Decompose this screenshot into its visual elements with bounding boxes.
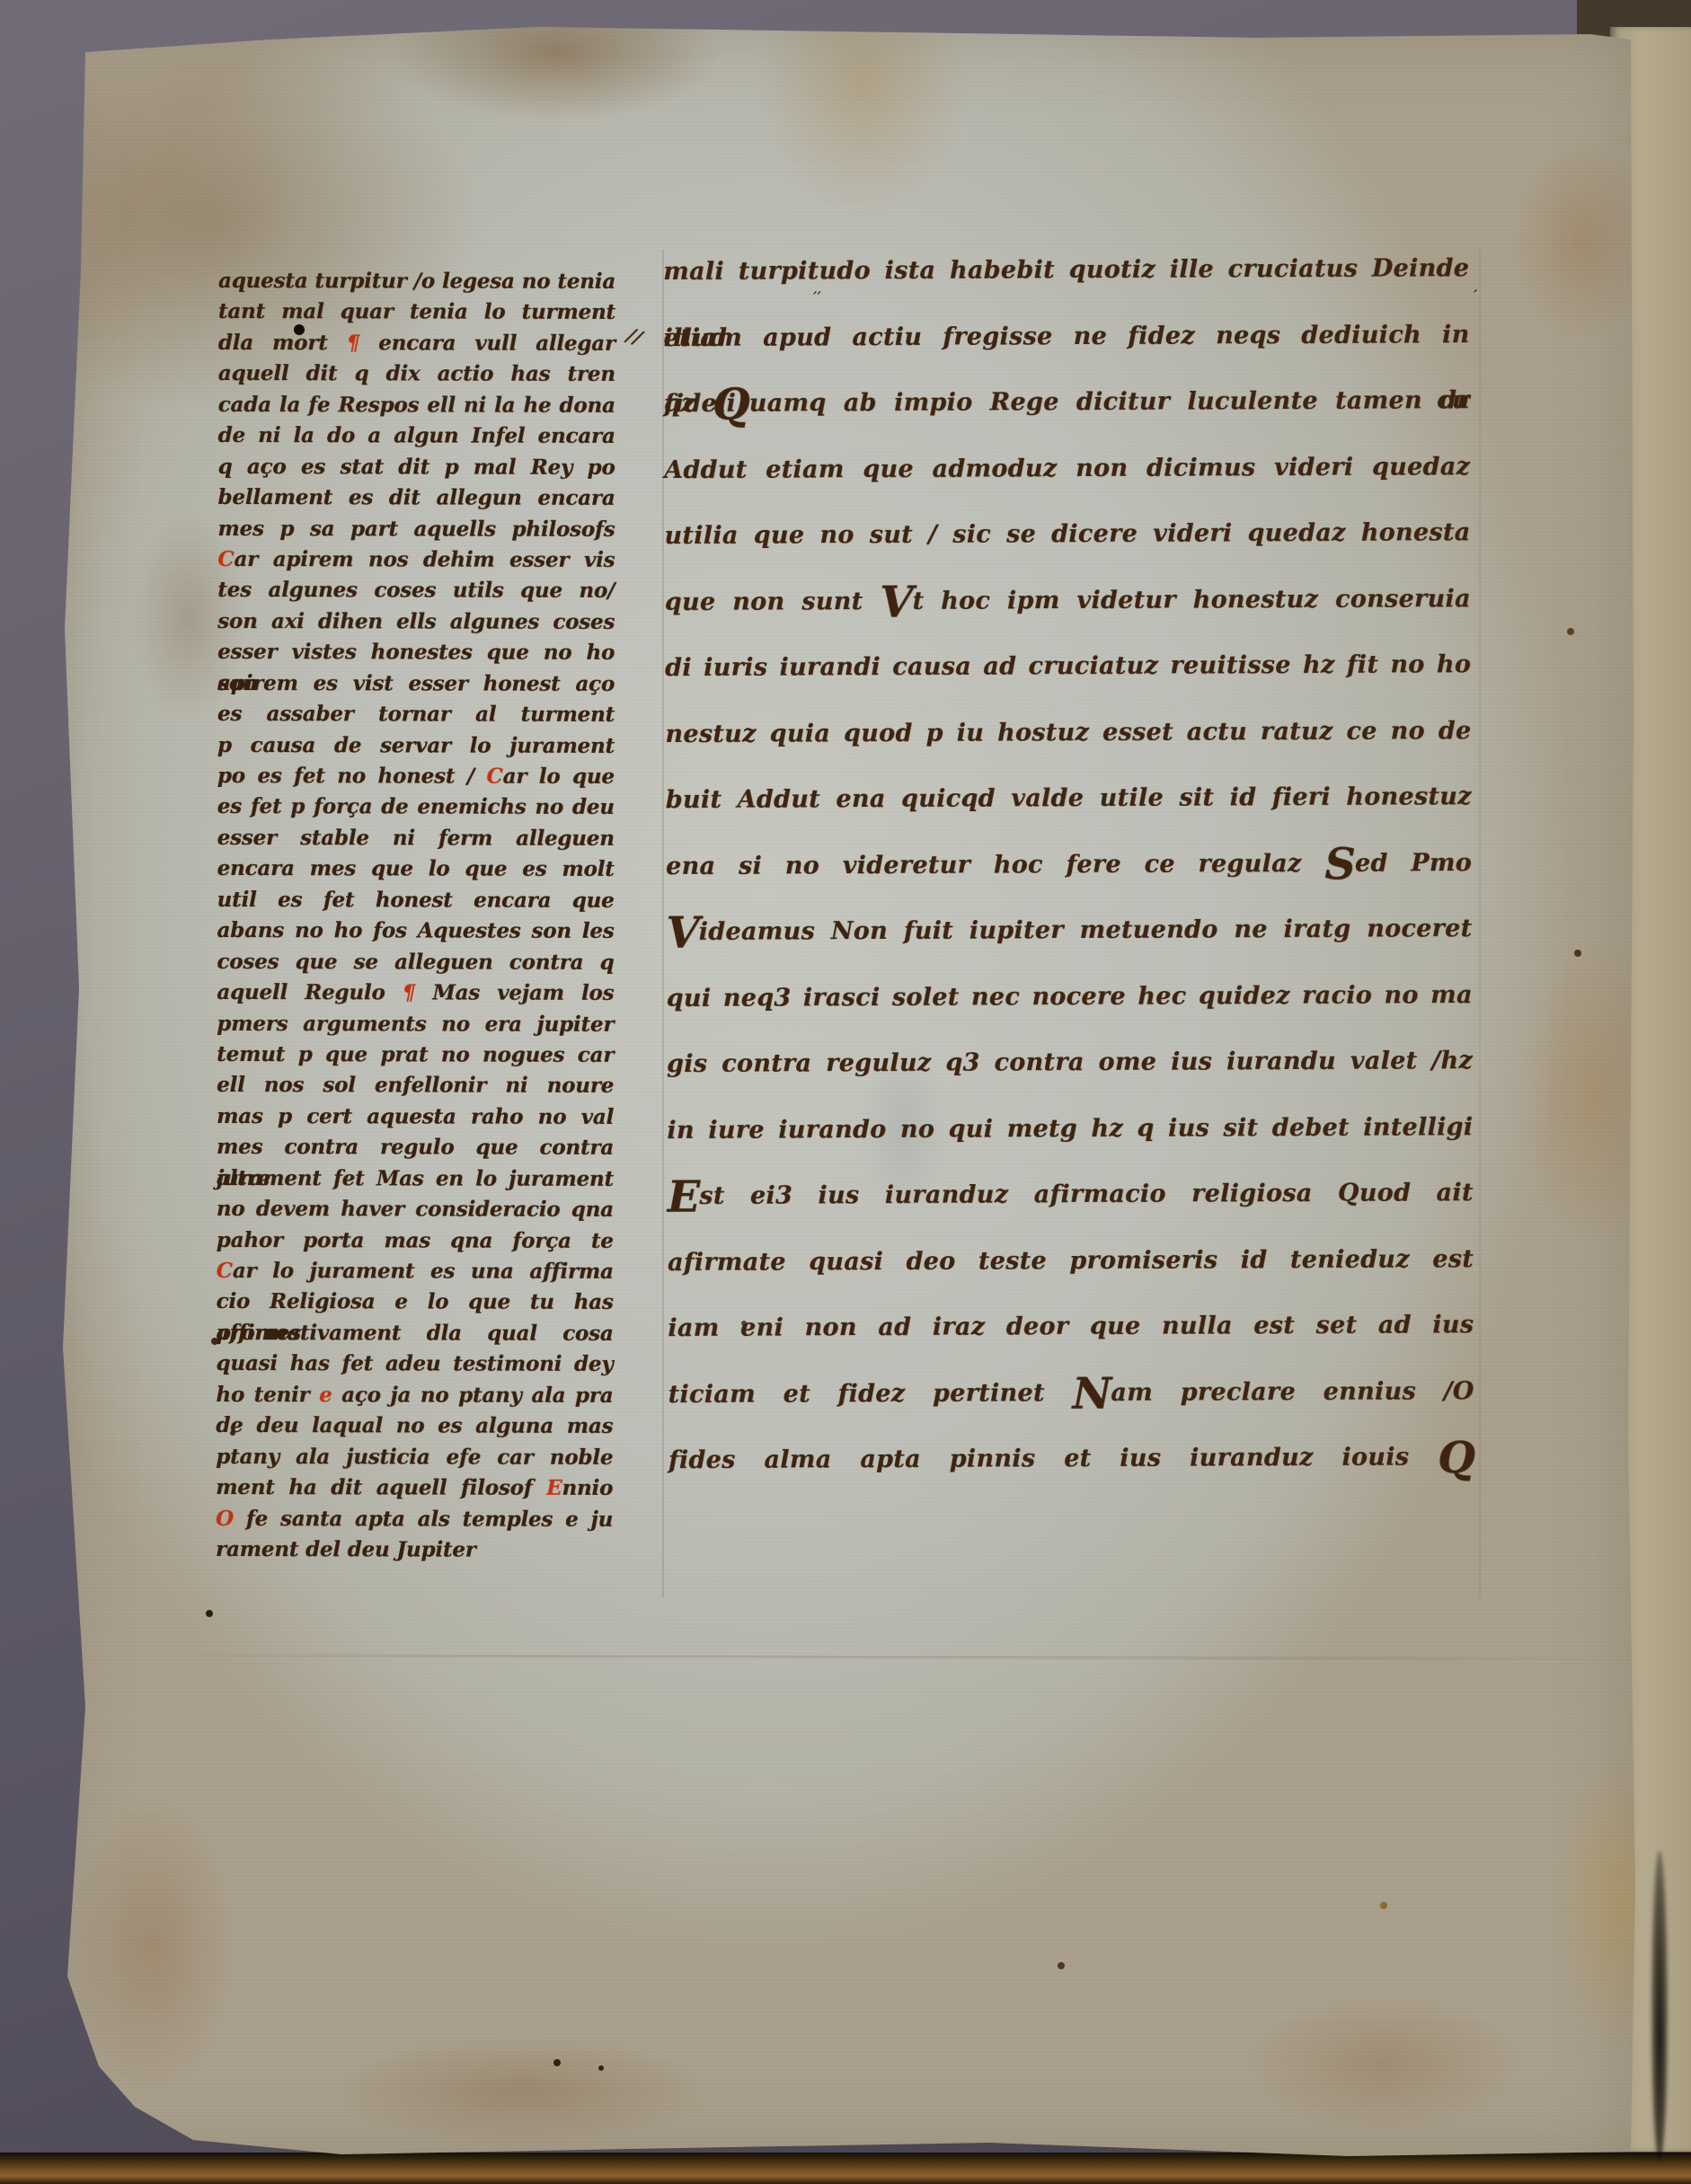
text-segment: di iuris iurandi causa ad cruciatuz reui… [665,650,1471,682]
text-segment: qz [664,390,713,418]
text-segment: gis contra reguluz q3 contra ome ius iur… [667,1047,1473,1078]
text-segment: encara vull allegar [359,331,615,356]
manuscript-line: ho tenir e aço ja no ptany ala pra [216,1380,613,1411]
manuscript-line: Est ei3 ius iuranduz afirmacio religiosa… [667,1160,1473,1229]
manuscript-line: aquesta turpitur /o legesa no tenia [218,266,615,297]
rubric-mark: C [486,765,502,789]
rubric-mark: E [546,1476,562,1500]
manuscript-line: tes algunes coses utils que no/ [217,575,615,606]
manuscript-line: p causa de servar lo jurament [217,730,615,762]
horizontal-crease [126,1654,1653,1660]
large-initial: S [1324,839,1355,889]
text-segment: ar lo jurament es una affirma [233,1259,614,1284]
manuscript-line: q aço es stat dit p mal Rey po [217,452,615,483]
manuscript-photo: aquesta turpitur /o legesa no teniatant … [0,0,1691,2184]
text-segment: p causa de servar lo jurament [217,733,615,758]
caret-mark-icon: ′ [1474,287,1477,305]
large-initial: Q [713,379,749,429]
manuscript-line: cio Religiosa e lo que tu has promes [217,1287,614,1318]
text-segment: ment ha dit aquell filosof [216,1475,546,1500]
manuscript-line: aquell dit q dix actio has tren [218,358,615,390]
text-segment: nnio [562,1476,613,1500]
text-segment: mas p cert aquesta raho no val [217,1104,614,1129]
text-segment: aço ja no ptany ala pra [332,1383,613,1408]
text-segment: abans no ho fos Aquestes son les [217,918,614,943]
text-segment: Mas vejam los [415,981,614,1005]
text-segment: po es fet no honest / [217,764,487,789]
manuscript-line: esser stable ni ferm alleguen [217,823,615,854]
manuscript-line: cada la fe Respos ell ni la he dona [218,390,615,421]
text-segment: ar lo que [503,765,615,789]
rubric-mark: O [216,1506,234,1530]
text-segment: dla mort [218,331,347,355]
text-segment: pmers arguments no era jupiter [217,1011,614,1036]
text-segment: st ei3 ius iuranduz afirmacio religiosa … [699,1179,1474,1210]
manuscript-line: que non sunt Vt hoc ipm videtur honestuz… [665,566,1471,635]
text-segment: tant mal quar tenia lo turment [218,299,615,324]
manuscript-line: iam eni non ad iraz deor que nulla est s… [668,1292,1474,1361]
text-segment: t hoc ipm videtur honestuz conseruia [912,585,1470,615]
text-segment: afirmate quasi deo teste promiseris id t… [668,1245,1474,1277]
text-segment: aquell Regulo [217,980,402,1004]
rubric-mark: ¶ [347,331,359,355]
text-segment: jurament fet Mas en lo jurament [217,1166,614,1191]
manuscript-line: qz Quamq ab impio Rege dicitur luculente… [664,367,1470,437]
text-segment: buit Addut ena quicqd valde utile sit id… [666,783,1472,814]
text-segment: mes p sa part aquells philosofs [217,516,615,541]
text-segment: quasi has fet adeu testimoni dey [216,1351,613,1376]
manuscript-line: mes p sa part aquells philosofs [217,513,615,544]
manuscript-line: de deu laqual no es alguna mas [216,1410,613,1442]
manuscript-line: affirmativament dla qual cosa [216,1318,613,1349]
manuscript-line: esser vistes honestes que no ho son [217,637,615,668]
wormhole-specks [0,0,5,5]
manuscript-line: utilia que no sut / sic se dicere videri… [664,500,1470,569]
text-segment: son axi dihen ells algunes coses [217,609,615,634]
text-segment: fides alma apta pinnis et ius iuranduz i… [668,1443,1438,1474]
manuscript-line: etiam apud actiu fregisse ne fidez neqs … [663,302,1469,371]
rubric-mark: ¶ [403,980,415,1004]
text-segment: ideamus Non fuit iupiter metuendo ne ira… [699,915,1473,946]
caret-mark-icon: ′′ [813,289,821,307]
manuscript-line: ptany ala justicia efe car noble [216,1442,613,1473]
manuscript-line: ell nos sol enfellonir ni noure [217,1070,614,1101]
text-segment: fe santa apta als temples e ju [234,1507,613,1532]
manuscript-line: afirmate quasi deo teste promiseris id t… [668,1226,1474,1295]
text-segment: encara mes que lo que es molt [217,856,615,881]
manuscript-line: ena si no videretur hoc fere ce regulaz … [666,830,1472,899]
manuscript-line: bellament es dit allegun encara [217,482,615,514]
manuscript-line: ment ha dit aquell filosof Ennio [216,1472,613,1504]
manuscript-line: coses que se alleguen contra q [217,947,614,978]
text-segment: ar apirem nos dehim esser vis [234,547,615,572]
manuscript-line: es assaber tornar al turment [217,699,615,730]
text-segment: q aço es stat dit p mal Rey po [218,455,615,480]
text-segment: temut p que prat no nogues car [217,1042,614,1067]
manuscript-line: temut p que prat no nogues car [217,1039,614,1071]
text-segment: affirmativament dla qual cosa [216,1321,613,1346]
manuscript-line: fides alma apta pinnis et ius iuranduz i… [668,1424,1474,1493]
text-segment: es fet p força de enemichs no deu [217,794,615,819]
right-text-column: mali turpitudo ista habebit quotiz ille … [663,235,1474,1493]
text-segment: ho tenir [216,1383,319,1407]
text-segment: tes algunes coses utils que no/ [217,578,615,603]
text-segment: esser stable ni ferm alleguen [217,826,615,851]
text-segment: rament del deu Jupiter [216,1537,476,1562]
text-segment: aquell dit q dix actio has tren [218,361,615,386]
manuscript-line: nestuz quia quod p iu hostuz esset actu … [665,698,1471,767]
manuscript-line: O fe santa apta als temples e ju [216,1503,613,1534]
folio-gap-shadow [1651,1851,1668,2161]
text-segment: ticiam et fidez pertinet [668,1379,1073,1409]
manuscript-line: util es fet honest encara que [217,885,614,916]
text-segment: de ni la do a algun Infel encara [218,423,615,448]
manuscript-line: es fet p força de enemichs no deu [217,791,615,823]
manuscript-line: pahor porta mas qna força te [217,1225,614,1257]
text-segment: cada la fe Respos ell ni la he dona [218,393,615,418]
manuscript-line: Videamus Non fuit iupiter metuendo ne ir… [666,896,1472,965]
large-initial: V [880,577,913,627]
text-segment: qui neq3 irasci solet nec nocere hec qui… [667,981,1473,1012]
manuscript-line: aquell Regulo ¶ Mas vejam los [217,977,614,1009]
text-segment: aquesta turpitur /o legesa no tenia [218,269,615,294]
rubric-mark: e [319,1383,332,1407]
text-segment: ell nos sol enfellonir ni noure [217,1073,614,1098]
manuscript-line: Car apirem nos dehim esser vis [217,544,615,576]
text-segment: am preclare ennius /O [1111,1377,1474,1407]
text-segment: iam eni non ad iraz deor que nulla est s… [668,1311,1474,1342]
manuscript-line: buit Addut ena quicqd valde utile sit id… [666,764,1472,833]
manuscript-line: de ni la do a algun Infel encara [218,420,615,452]
manuscript-line: mali turpitudo ista habebit quotiz ille … [663,235,1469,305]
large-initial: V [666,907,699,958]
manuscript-line: tant mal quar tenia lo turment [218,296,615,328]
text-segment: ena si no videretur hoc fere ce regulaz [666,849,1324,880]
manuscript-line: rament del deu Jupiter [216,1534,613,1566]
manuscript-line: mas p cert aquesta raho no val [217,1101,614,1133]
manuscript-line: Car lo jurament es una affirma [217,1256,614,1287]
text-segment: pahor porta mas qna força te [217,1228,614,1253]
text-segment: utilia que no sut / sic se dicere videri… [664,518,1470,550]
text-segment: no devem haver consideracio qna [217,1197,614,1222]
text-segment: uamq ab impio Rege dicitur luculente tam… [749,386,1470,417]
wooden-table-strip [0,2153,1691,2184]
text-segment: in iure iurando no qui metg hz q ius sit… [667,1113,1473,1145]
text-segment: util es fet honest encara que [217,888,614,913]
manuscript-line: quasi has fet adeu testimoni dey [216,1348,613,1380]
large-initial: E [668,1172,700,1222]
manuscript-line: in iure iurando no qui metg hz q ius sit… [667,1094,1473,1163]
large-initial: N [1072,1368,1111,1419]
text-segment: bellament es dit allegun encara [217,485,615,510]
manuscript-line: apirem es vist esser honest aço [217,668,615,700]
manuscript-line: no devem haver consideracio qna [217,1194,614,1225]
text-segment: es assaber tornar al turment [217,702,615,727]
manuscript-line: jurament fet Mas en lo jurament [217,1163,614,1195]
text-segment: ptany ala justicia efe car noble [216,1445,613,1470]
text-segment: apirem es vist esser honest aço [217,671,615,696]
text-segment: que non sunt [665,587,881,615]
manuscript-line: dla mort ¶ encara vull allegar [218,328,615,359]
rubric-mark: C [217,1259,233,1283]
manuscript-line: mes contra regulo que contra altre [217,1132,614,1163]
rubric-mark: C [217,547,234,571]
manuscript-line: son axi dihen ells algunes coses [217,606,615,638]
text-segment: de deu laqual no es alguna mas [216,1413,613,1438]
manuscript-line: qui neq3 irasci solet nec nocere hec qui… [667,962,1473,1031]
margin-ruling-line [1479,250,1481,1597]
manuscript-line: ticiam et fidez pertinet Nam preclare en… [668,1358,1474,1428]
manuscript-line: gis contra reguluz q3 contra ome ius iur… [667,1028,1473,1097]
manuscript-line: di iuris iurandi causa ad cruciatuz reui… [665,632,1471,701]
text-segment: nestuz quia quod p iu hostuz esset actu … [665,717,1471,748]
text-segment: Addut etiam que admoduz non dicimus vide… [664,453,1470,484]
manuscript-line: encara mes que lo que es molt [217,853,615,885]
left-text-column: aquesta turpitur /o legesa no teniatant … [216,266,615,1566]
manuscript-line: Addut etiam que admoduz non dicimus vide… [664,434,1470,503]
manuscript-line: po es fet no honest / Car lo que [217,761,615,792]
manuscript-line: abans no ho fos Aquestes son les [217,915,614,947]
large-initial: Q [1438,1433,1474,1483]
text-segment: coses que se alleguen contra q [217,950,614,975]
text-segment: ed Pmo [1355,849,1472,878]
manuscript-line: pmers arguments no era jupiter [217,1008,614,1039]
